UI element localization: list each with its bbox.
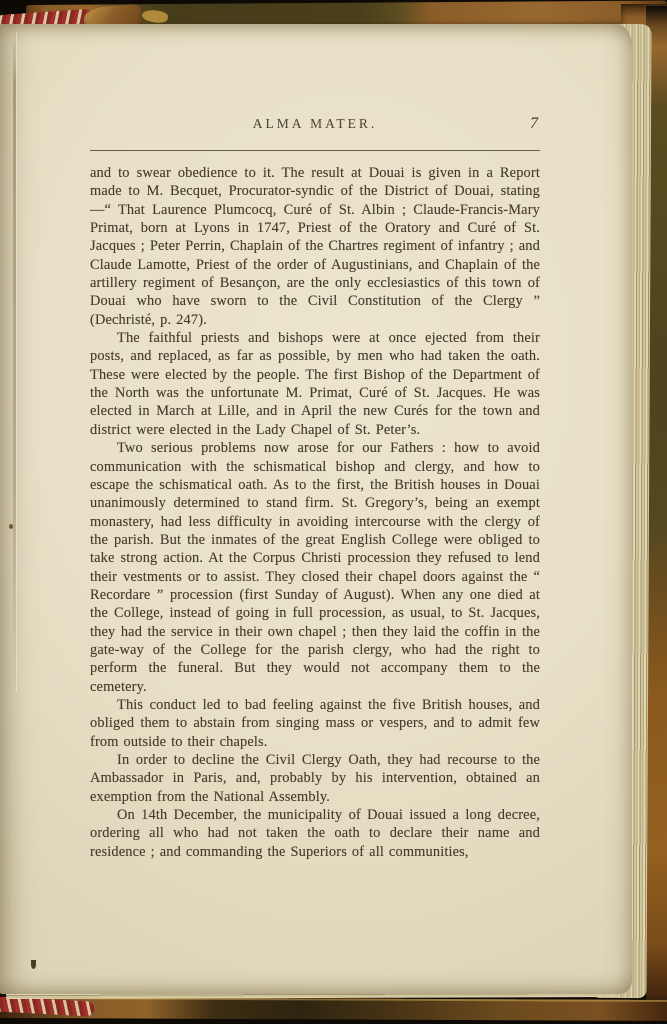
- paragraph: and to swear obedience to it. The result…: [90, 164, 540, 329]
- book-photo: ALMA MATER. 7 and to swear obedience to …: [0, 0, 667, 1024]
- page-speck: [9, 524, 13, 529]
- page-speck: [31, 960, 36, 969]
- paragraph: This conduct led to bad feeling against …: [90, 696, 540, 751]
- running-title: ALMA MATER.: [90, 116, 540, 132]
- paragraph: On 14th December, the municipality of Do…: [90, 806, 540, 861]
- book-page: ALMA MATER. 7 and to swear obedience to …: [0, 24, 632, 994]
- paragraph: The faithful priests and bishops were at…: [90, 329, 540, 439]
- header-rule: [90, 150, 540, 151]
- paragraph: Two serious problems now arose for our F…: [90, 439, 540, 696]
- page-number: 7: [530, 115, 538, 133]
- book-cover-bottom-edge: [0, 997, 667, 1021]
- page-crease: [13, 32, 16, 692]
- page-header: ALMA MATER. 7: [90, 116, 540, 136]
- paragraph: In order to decline the Civil Clergy Oat…: [90, 751, 540, 806]
- page-content: ALMA MATER. 7 and to swear obedience to …: [90, 116, 540, 861]
